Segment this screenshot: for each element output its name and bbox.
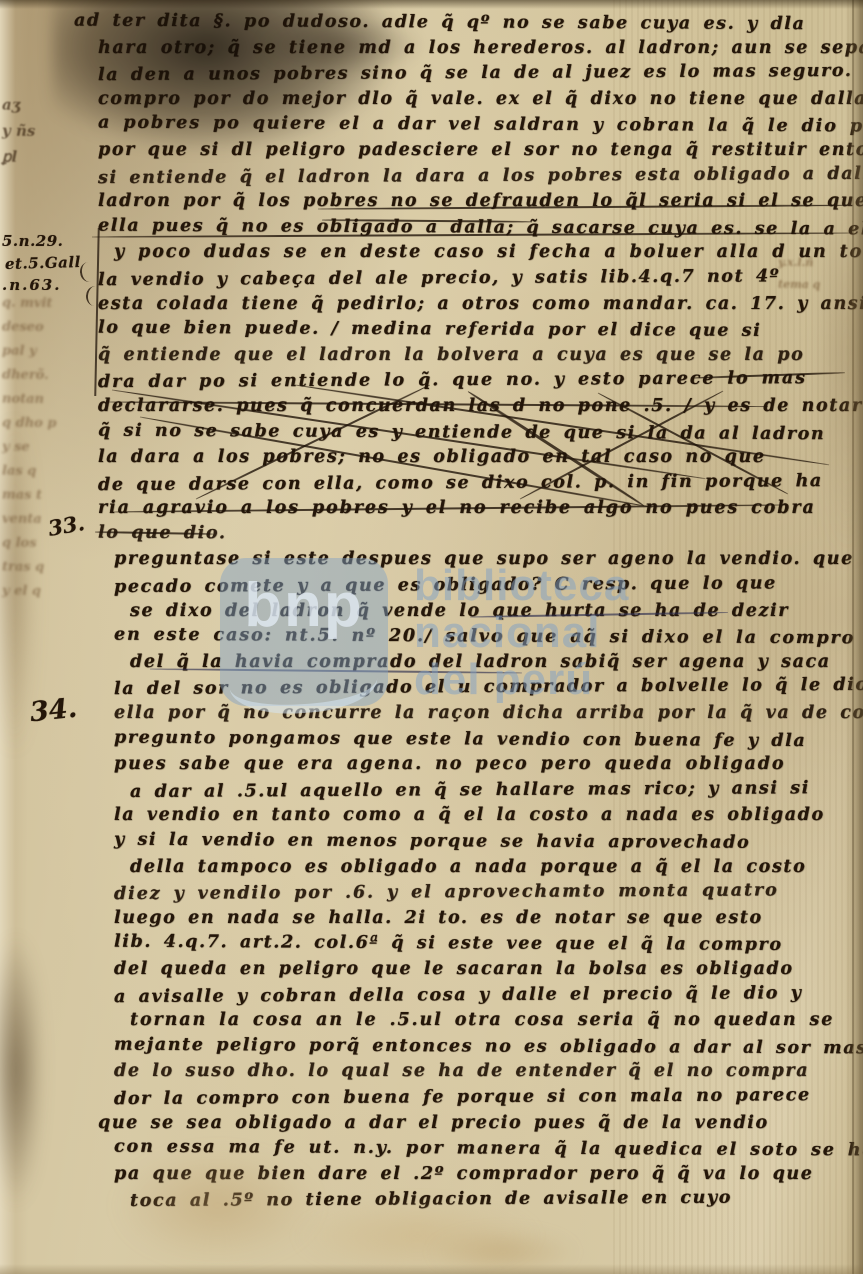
bleedthrough-fragment: tras q: [2, 556, 90, 581]
manuscript-line: por que si dl peligro padesciere el sor …: [98, 138, 857, 164]
paper-right-edge: [845, 0, 863, 1274]
bleedthrough-fragment: ꝑl: [2, 144, 72, 171]
bleedthrough-fragment: mas t: [2, 484, 90, 509]
bleedthrough-left-column: q. mvitdeseopal ydherõ.notanq dho py sel…: [2, 292, 90, 604]
manuscript-line: con essa ma fe ut. n.y. por manera q̃ la…: [114, 1135, 857, 1164]
manuscript-line: la vendio y cabeça del ale precio, y sat…: [98, 264, 857, 294]
margin-note-citation-2: et.5.Gall: [5, 253, 81, 273]
paper-bottom-edge: [0, 1264, 863, 1274]
manuscript-line: ad ter dita §. po dudoso. adle q̃ qº no …: [74, 9, 857, 38]
manuscript-line: esta colada tiene q̃ pedirlo; a otros co…: [98, 292, 857, 318]
manuscript-line: pues sabe que era agena. no peco pero qu…: [114, 752, 857, 778]
bleedthrough-fragment: q dho p: [2, 412, 90, 437]
manuscript-line: en este caso: nt.5. nº 20./ salvo que aq…: [114, 623, 857, 652]
manuscript-line: ella pues q̃ no es obligado a dalla; q̃ …: [98, 213, 857, 242]
manuscript-line: de que darse con ella, como se dixo col.…: [98, 469, 857, 499]
manuscript-line: dor la compro con buena fe porque si con…: [114, 1083, 857, 1113]
manuscript-line: tornan la cosa an le .5.ul otra cosa ser…: [130, 1008, 857, 1034]
manuscript-line: a avisalle y cobran della cosa y dalle e…: [114, 980, 857, 1010]
manuscript-line: la del sor no es obligado el u comprador…: [114, 673, 857, 703]
manuscript-line: lo que bien puede. / medina referida por…: [98, 316, 857, 345]
manuscript-line: si entiende q̃ el ladron la dara a los p…: [98, 161, 857, 191]
paragraph-number-34: 34.: [29, 693, 79, 729]
manuscript-line: diez y vendilo por .6. y el aprovechamto…: [114, 878, 857, 908]
bleedthrough-fragment: q. mvit: [2, 292, 90, 317]
manuscript-line: dra dar po si entiende lo q̃. que no. y …: [98, 366, 857, 396]
manuscript-line: a dar al .5.ul aquello en q̃ se hallare …: [130, 776, 857, 806]
bleedthrough-fragment: aʒ: [2, 92, 72, 119]
manuscript-line: hara otro; q̃ se tiene md a los heredero…: [98, 36, 857, 62]
manuscript-line: y si la vendio en menos porque se havia …: [114, 828, 857, 857]
paper-left-edge: [0, 0, 28, 1274]
manuscript-line: la vendio en tanto como a q̃ el la costo…: [114, 803, 857, 829]
bleedthrough-fragment: deseo: [2, 316, 90, 341]
manuscript-line: della tampoco es obligado a nada porque …: [130, 855, 857, 881]
manuscript-line: de lo suso dho. lo qual se ha de entende…: [114, 1059, 857, 1085]
manuscript-line: ella por q̃ no concurre la raçon dicha a…: [114, 701, 857, 727]
margin-note-citation-3: .n.63.: [2, 276, 61, 294]
manuscript-line: lo que dio.: [98, 521, 857, 550]
manuscript-line: a pobres po quiere el a dar vel saldran …: [98, 111, 857, 140]
manuscript-line: toca al .5º no tiene obligacion de avisa…: [130, 1185, 857, 1215]
bleedthrough-fragment: notan: [2, 388, 90, 413]
bleedthrough-fragment: y se: [2, 436, 90, 461]
manuscript-line: pecado comete y a que es obligado? C res…: [114, 571, 857, 601]
manuscript-line: compro por do mejor dlo q̃ vale. ex el q…: [98, 87, 857, 113]
manuscript-line: la den a unos pobres sino q̃ se la de al…: [98, 59, 857, 89]
bleedthrough-fragment: y ñs: [2, 118, 72, 145]
bleedthrough-fragment: las q: [2, 460, 90, 485]
manuscript-text-block: ad ter dita §. po dudoso. adle q̃ qº no …: [98, 10, 857, 1274]
manuscript-line: la dara a los pobres; no es obligado en …: [98, 445, 857, 471]
bleedthrough-topleft: aʒy ñsꝑl: [2, 92, 72, 170]
manuscript-line: luego en nada se halla. 2i to. es de not…: [114, 906, 857, 932]
manuscript-line: mejante peligro porq̃ entonces no es obl…: [114, 1032, 857, 1061]
margin-brace-flourish: [79, 261, 100, 283]
manuscript-line: se dixo del ladron q̃ vende lo que hurta…: [130, 599, 857, 625]
bleedthrough-fragment: y el q: [2, 580, 90, 605]
manuscript-line: lib. 4.q.7. art.2. col.6ª q̃ si este vee…: [114, 930, 857, 959]
margin-brace-flourish: [85, 285, 105, 307]
manuscript-line: preguntase si este despues que supo ser …: [114, 547, 857, 573]
manuscript-line: q̃ entiende que el ladron la bolvera a c…: [98, 343, 857, 369]
paper-top-edge: [0, 0, 863, 9]
manuscript-line: ladron por q̃ los pobres no se defrauden…: [98, 189, 857, 215]
manuscript-line: del queda en peligro que le sacaran la b…: [114, 957, 857, 983]
manuscript-page: aʒy ñsꝑl q. mvitdeseopal ydherõ.notanq d…: [0, 0, 863, 1274]
paper-right-edge-line: [852, 0, 854, 1274]
manuscript-line: y poco dudas se en deste caso si fecha a…: [114, 240, 857, 266]
manuscript-line: que se sea obligado a dar el precio pues…: [98, 1111, 857, 1137]
bleedthrough-fragment: pal y: [2, 340, 90, 365]
manuscript-line: pregunto pongamos que este la vendio con…: [114, 725, 857, 754]
manuscript-line: pa que que bien dare el .2º comprador pe…: [114, 1162, 857, 1188]
bleedthrough-fragment: dherõ.: [2, 364, 90, 389]
margin-note-citation-1: 5.n.29.: [2, 232, 63, 250]
